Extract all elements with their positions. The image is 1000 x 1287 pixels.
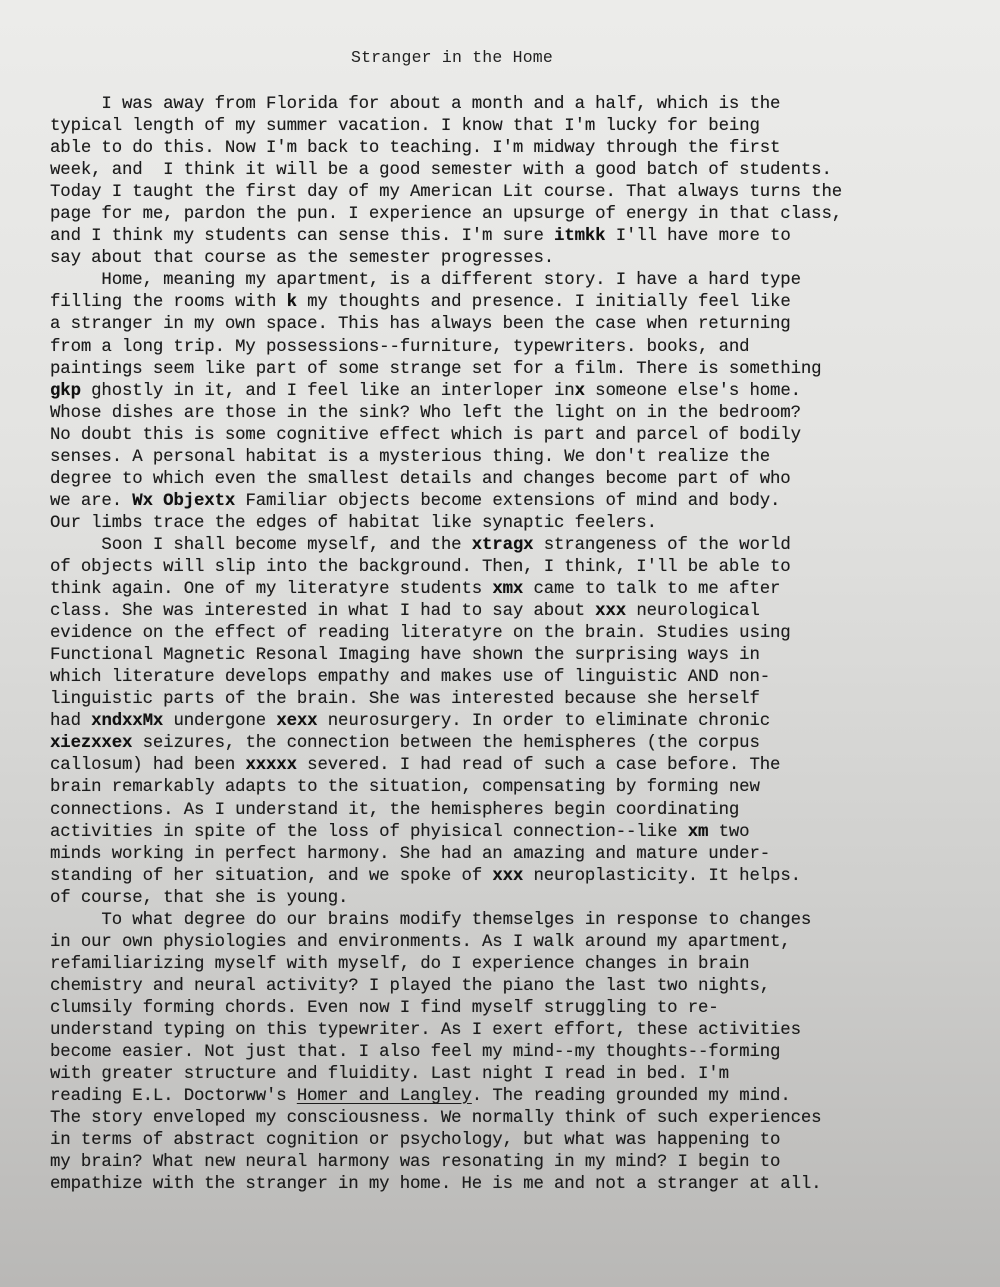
text-line: gkp ghostly in it, and I feel like an in… [50, 381, 980, 403]
text-line: with greater structure and fluidity. Las… [50, 1064, 980, 1086]
text-line: connections. As I understand it, the hem… [50, 800, 980, 822]
text-segment: my brain? What new neural harmony was re… [50, 1153, 780, 1172]
text-line: paintings seem like part of some strange… [50, 359, 980, 381]
text-line: Today I taught the first day of my Ameri… [50, 182, 980, 204]
text-segment: connections. As I understand it, the hem… [50, 801, 739, 820]
text-segment: linguistic parts of the brain. She was i… [50, 690, 760, 709]
text-segment: page for me, pardon the pun. I experienc… [50, 205, 842, 224]
text-segment: had [50, 712, 91, 731]
text-line: refamiliarizing myself with myself, do I… [50, 954, 980, 976]
text-line: Soon I shall become myself, and the xtra… [50, 535, 980, 557]
text-line: No doubt this is some cognitive effect w… [50, 425, 980, 447]
text-segment: able to do this. Now I'm back to teachin… [50, 139, 780, 158]
text-segment: strangeness of the world [533, 536, 790, 555]
text-line: Our limbs trace the edges of habitat lik… [50, 513, 980, 535]
text-line: of objects will slip into the background… [50, 557, 980, 579]
text-line: a stranger in my own space. This has alw… [50, 314, 980, 336]
text-line: from a long trip. My possessions--furnit… [50, 337, 980, 359]
text-line: evidence on the effect of reading litera… [50, 623, 980, 645]
text-segment: which literature develops empathy and ma… [50, 668, 770, 687]
text-line: senses. A personal habitat is a mysterio… [50, 447, 980, 469]
text-line: Whose dishes are those in the sink? Who … [50, 403, 980, 425]
overstrike-correction: itmkk [554, 227, 605, 246]
text-line: able to do this. Now I'm back to teachin… [50, 138, 980, 160]
text-segment: Today I taught the first day of my Ameri… [50, 183, 842, 202]
text-segment: understand typing on this typewriter. As… [50, 1021, 801, 1040]
overstrike-correction: xxxxx [245, 756, 296, 775]
text-line: had xndxxMx undergone xexx neurosurgery.… [50, 711, 980, 733]
text-line: linguistic parts of the brain. She was i… [50, 689, 980, 711]
text-line: reading E.L. Doctorww's Homer and Langle… [50, 1086, 980, 1108]
overstrike-correction: xxx [492, 867, 523, 886]
text-line: typical length of my summer vacation. I … [50, 116, 980, 138]
overstrike-correction: Wx Objextx [132, 492, 235, 511]
text-line: standing of her situation, and we spoke … [50, 866, 980, 888]
text-segment: class. She was interested in what I had … [50, 602, 595, 621]
text-segment: week, and I think it will be a good seme… [50, 161, 832, 180]
text-segment: ghostly in it, and I feel like an interl… [81, 382, 575, 401]
text-segment: typical length of my summer vacation. I … [50, 117, 760, 136]
text-line: empathize with the stranger in my home. … [50, 1174, 980, 1196]
text-line: chemistry and neural activity? I played … [50, 976, 980, 998]
text-segment: came to talk to me after [523, 580, 780, 599]
text-line: my brain? What new neural harmony was re… [50, 1152, 980, 1174]
overstrike-correction: xmx [492, 580, 523, 599]
text-segment: paintings seem like part of some strange… [50, 360, 821, 379]
text-segment: Whose dishes are those in the sink? Who … [50, 404, 801, 423]
text-segment: refamiliarizing myself with myself, do I… [50, 955, 749, 974]
text-segment: The story enveloped my consciousness. We… [50, 1109, 821, 1128]
text-segment: I was away from Florida for about a mont… [50, 95, 780, 114]
text-segment: filling the rooms with [50, 293, 287, 312]
text-segment: Our limbs trace the edges of habitat lik… [50, 514, 657, 533]
overstrike-correction: xtragx [472, 536, 534, 555]
text-line: become easier. Not just that. I also fee… [50, 1042, 980, 1064]
document-title: Stranger in the Home [0, 48, 904, 67]
text-line: I was away from Florida for about a mont… [50, 94, 980, 116]
text-segment: evidence on the effect of reading litera… [50, 624, 791, 643]
text-segment: chemistry and neural activity? I played … [50, 977, 770, 996]
text-segment: senses. A personal habitat is a mysterio… [50, 448, 770, 467]
text-segment: two [708, 823, 749, 842]
document-body: I was away from Florida for about a mont… [50, 94, 980, 1196]
overstrike-correction: xm [688, 823, 709, 842]
text-line: brain remarkably adapts to the situation… [50, 777, 980, 799]
overstrike-correction: k [287, 293, 297, 312]
text-line: of course, that she is young. [50, 888, 980, 910]
text-segment: undergone [163, 712, 276, 731]
text-segment: To what degree do our brains modify them… [50, 911, 811, 930]
text-segment: activities in spite of the loss of phyis… [50, 823, 688, 842]
text-segment: seizures, the connection between the hem… [132, 734, 759, 753]
text-line: To what degree do our brains modify them… [50, 910, 980, 932]
text-line: and I think my students can sense this. … [50, 226, 980, 248]
text-line: week, and I think it will be a good seme… [50, 160, 980, 182]
text-segment: Soon I shall become myself, and the [50, 536, 472, 555]
text-segment: neurosurgery. In order to eliminate chro… [317, 712, 770, 731]
text-line: we are. Wx Objextx Familiar objects beco… [50, 491, 980, 513]
text-segment: reading E.L. Doctorww's [50, 1087, 297, 1106]
text-segment: say about that course as the semester pr… [50, 249, 554, 268]
text-segment: degree to which even the smallest detail… [50, 470, 791, 489]
text-segment: clumsily forming chords. Even now I find… [50, 999, 719, 1018]
overstrike-correction: xxx [595, 602, 626, 621]
overstrike-correction: xndxxMx [91, 712, 163, 731]
text-line: clumsily forming chords. Even now I find… [50, 998, 980, 1020]
text-segment: of course, that she is young. [50, 889, 348, 908]
underlined-book-title: Homer and Langley [297, 1087, 472, 1106]
text-segment: we are. [50, 492, 132, 511]
text-segment: standing of her situation, and we spoke … [50, 867, 492, 886]
text-segment: think again. One of my literatyre studen… [50, 580, 492, 599]
text-segment: a stranger in my own space. This has alw… [50, 315, 791, 334]
text-line: Functional Magnetic Resonal Imaging have… [50, 645, 980, 667]
text-segment: Functional Magnetic Resonal Imaging have… [50, 646, 760, 665]
text-segment: No doubt this is some cognitive effect w… [50, 426, 801, 445]
text-segment: empathize with the stranger in my home. … [50, 1175, 821, 1194]
text-line: minds working in perfect harmony. She ha… [50, 844, 980, 866]
text-line: class. She was interested in what I had … [50, 601, 980, 623]
text-segment: severed. I had read of such a case befor… [297, 756, 780, 775]
text-segment: in terms of abstract cognition or psycho… [50, 1131, 780, 1150]
text-line: say about that course as the semester pr… [50, 248, 980, 270]
text-segment: minds working in perfect harmony. She ha… [50, 845, 770, 864]
overstrike-correction: xiezxxex [50, 734, 132, 753]
overstrike-correction: x [575, 382, 585, 401]
overstrike-correction: xexx [276, 712, 317, 731]
text-segment: of objects will slip into the background… [50, 558, 791, 577]
text-line: filling the rooms with k my thoughts and… [50, 292, 980, 314]
typewritten-page: Stranger in the Home I was away from Flo… [0, 0, 1000, 1287]
text-segment: someone else's home. [585, 382, 801, 401]
text-line: Home, meaning my apartment, is a differe… [50, 270, 980, 292]
text-segment: from a long trip. My possessions--furnit… [50, 338, 749, 357]
text-line: page for me, pardon the pun. I experienc… [50, 204, 980, 226]
text-segment: Familiar objects become extensions of mi… [235, 492, 780, 511]
text-segment: . The reading grounded my mind. [472, 1087, 791, 1106]
text-segment: become easier. Not just that. I also fee… [50, 1043, 780, 1062]
text-segment: brain remarkably adapts to the situation… [50, 778, 760, 797]
text-line: which literature develops empathy and ma… [50, 667, 980, 689]
text-segment: I'll have more to [605, 227, 790, 246]
text-line: xiezxxex seizures, the connection betwee… [50, 733, 980, 755]
text-line: think again. One of my literatyre studen… [50, 579, 980, 601]
text-line: callosum) had been xxxxx severed. I had … [50, 755, 980, 777]
text-segment: callosum) had been [50, 756, 245, 775]
text-line: degree to which even the smallest detail… [50, 469, 980, 491]
text-line: in our own physiologies and environments… [50, 932, 980, 954]
text-segment: Home, meaning my apartment, is a differe… [50, 271, 801, 290]
text-line: in terms of abstract cognition or psycho… [50, 1130, 980, 1152]
text-line: understand typing on this typewriter. As… [50, 1020, 980, 1042]
text-segment: my thoughts and presence. I initially fe… [297, 293, 791, 312]
text-segment: and I think my students can sense this. … [50, 227, 554, 246]
overstrike-correction: gkp [50, 382, 81, 401]
text-line: The story enveloped my consciousness. We… [50, 1108, 980, 1130]
text-segment: in our own physiologies and environments… [50, 933, 791, 952]
text-segment: neuroplasticity. It helps. [523, 867, 801, 886]
text-line: activities in spite of the loss of phyis… [50, 822, 980, 844]
text-segment: neurological [626, 602, 760, 621]
text-segment: with greater structure and fluidity. Las… [50, 1065, 729, 1084]
